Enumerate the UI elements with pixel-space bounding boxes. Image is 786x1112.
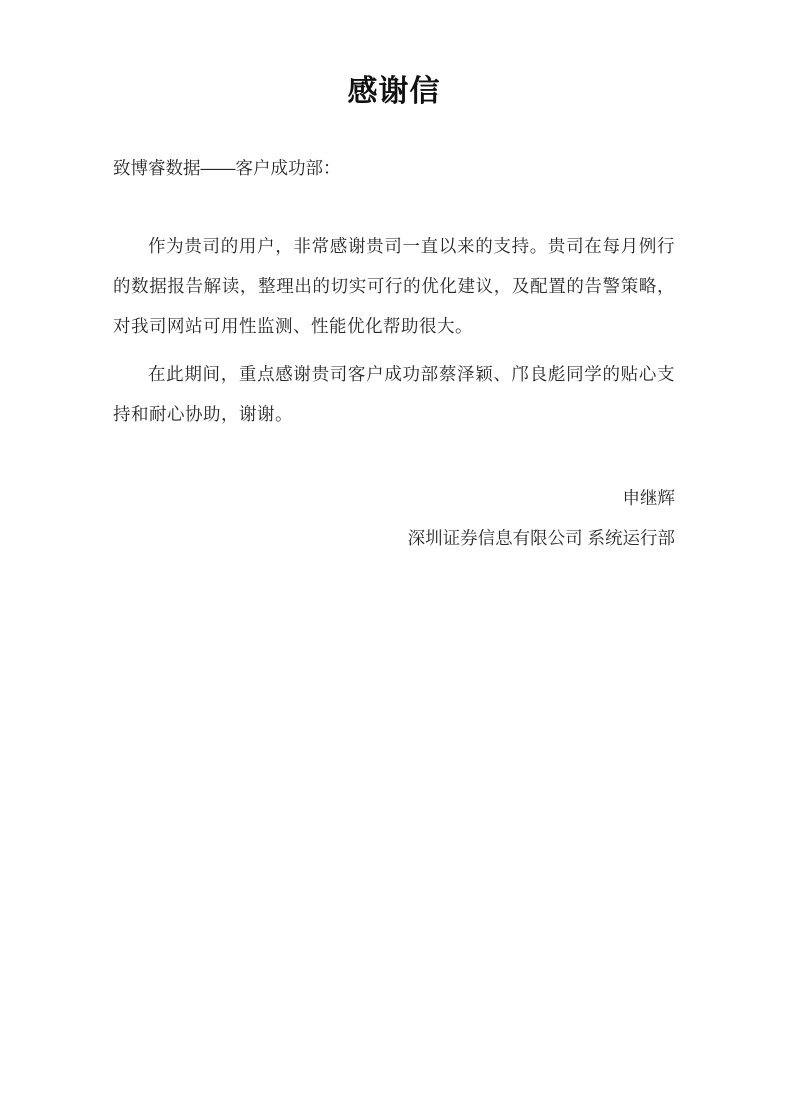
letter-page: 感谢信 致博睿数据——客户成功部： 作为贵司的用户，非常感谢贵司一直以来的支持。… (0, 0, 786, 1112)
signature-name: 申继辉 (113, 478, 675, 518)
letter-salutation: 致博睿数据——客户成功部： (113, 148, 675, 188)
signature-block: 申继辉 深圳证券信息有限公司 系统运行部 (113, 478, 675, 558)
signature-organization: 深圳证券信息有限公司 系统运行部 (113, 518, 675, 558)
letter-paragraph-1: 作为贵司的用户，非常感谢贵司一直以来的支持。贵司在每月例行的数据报告解读，整理出… (113, 226, 675, 346)
letter-title: 感谢信 (113, 72, 675, 112)
letter-paragraph-2: 在此期间，重点感谢贵司客户成功部蔡泽颖、邝良彪同学的贴心支持和耐心协助，谢谢。 (113, 354, 675, 434)
